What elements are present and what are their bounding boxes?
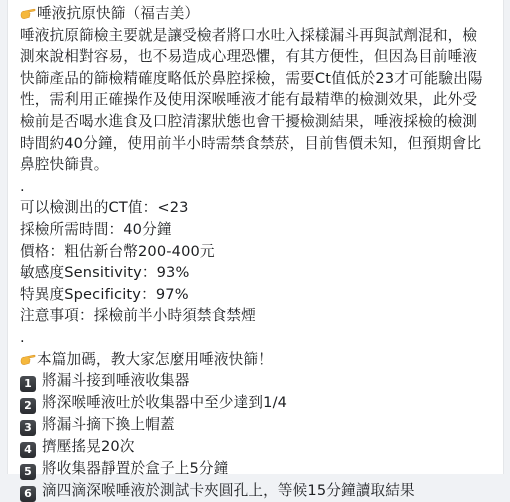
spec-price: 價格：粗估新台幣200-400元: [20, 241, 496, 263]
step-text: 將深喉唾液吐於收集器中至少達到1/4: [42, 394, 287, 411]
body-line: 唾液抗原篩檢主要就是讓受檢者將口水吐入採樣漏斗再與試劑混和，檢: [20, 25, 496, 47]
body-line: 檢前是否喝水進食及口腔清潔狀態也會干擾檢測結果，唾液採檢的檢測: [20, 111, 496, 133]
step-item: 3將漏斗摘下換上帽蓋: [20, 414, 496, 436]
pointing-hand-icon: [20, 352, 36, 366]
keycap-number-icon: 1: [20, 376, 36, 392]
body-line: 快篩產品的篩檢精確度略低於鼻腔採檢，需要Ct值低於23才可能驗出陽: [20, 68, 496, 90]
howto-heading-text: 本篇加碼，教大家怎麼用唾液快篩！: [37, 351, 273, 368]
step-item: 5將收集器靜置於盒子上5分鐘: [20, 458, 496, 474]
keycap-number-icon: 3: [20, 420, 36, 436]
spec-notes: 注意事項：採檢前半小時須禁食禁煙: [20, 305, 496, 327]
spec-test-time: 採檢所需時間：40分鐘: [20, 219, 496, 241]
post-body-paragraph: 唾液抗原篩檢主要就是讓受檢者將口水吐入採樣漏斗再與試劑混和，檢 測來說相對容易，…: [20, 25, 496, 176]
body-line: 鼻腔快篩貴。: [20, 154, 496, 176]
spec-sensitivity: 敏感度Sensitivity：93%: [20, 262, 496, 284]
post-card: 唾液抗原快篩（福吉美） 唾液抗原篩檢主要就是讓受檢者將口水吐入採樣漏斗再與試劑混…: [7, 0, 504, 474]
post-text: 唾液抗原快篩（福吉美） 唾液抗原篩檢主要就是讓受檢者將口水吐入採樣漏斗再與試劑混…: [20, 3, 496, 474]
keycap-number-icon: 2: [20, 398, 36, 414]
body-line: 性，需利用正確操作及使用深喉唾液才能有最精準的檢測效果，此外受: [20, 89, 496, 111]
pointing-hand-icon: [20, 6, 36, 20]
step-item: 2將深喉唾液吐於收集器中至少達到1/4: [20, 392, 496, 414]
spec-specificity: 特異度Specificity：97%: [20, 284, 496, 306]
separator-dot: .: [20, 327, 496, 349]
body-line: 測來說相對容易，也不易造成心理恐懼，有其方便性，但因為目前唾液: [20, 46, 496, 68]
post-title-text: 唾液抗原快篩（福吉美）: [37, 5, 199, 22]
step-item: 4擠壓搖晃20次: [20, 436, 496, 458]
keycap-number-icon: 5: [20, 464, 36, 474]
post-title: 唾液抗原快篩（福吉美）: [20, 3, 496, 25]
step-text: 將漏斗摘下換上帽蓋: [42, 416, 175, 433]
specs-list: 可以檢測出的CT值：<23 採檢所需時間：40分鐘 價格：粗估新台幣200-40…: [20, 197, 496, 327]
spec-ct-value: 可以檢測出的CT值：<23: [20, 197, 496, 219]
steps-list: 1將漏斗接到唾液收集器 2將深喉唾液吐於收集器中至少達到1/4 3將漏斗摘下換上…: [20, 370, 496, 474]
howto-heading: 本篇加碼，教大家怎麼用唾液快篩！: [20, 349, 496, 371]
step-text: 將漏斗接到唾液收集器: [42, 372, 189, 389]
keycap-number-icon: 4: [20, 442, 36, 458]
step-text: 將收集器靜置於盒子上5分鐘: [42, 460, 228, 474]
step-item: 1將漏斗接到唾液收集器: [20, 370, 496, 392]
step-text: 擠壓搖晃20次: [42, 438, 135, 455]
separator-dot: .: [20, 176, 496, 198]
body-line: 時間約40分鐘，使用前半小時需禁食禁菸，目前售價未知，但預期會比: [20, 133, 496, 155]
